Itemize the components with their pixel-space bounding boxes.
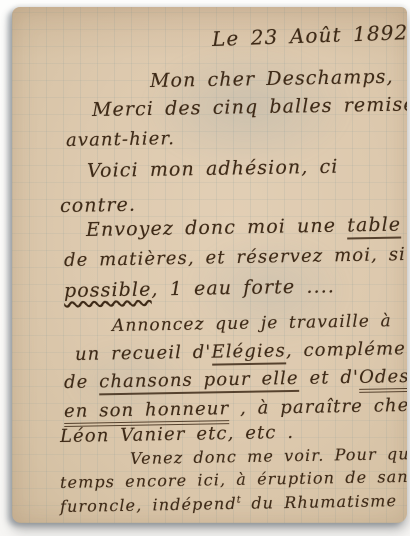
letter-text: , à paraître chez [229,395,407,419]
letter-line: de chansons pour elle et d'Odes [64,366,407,393]
letter-line: Annoncez que je travaille à [112,311,392,336]
letter-text: et d' [299,367,360,389]
letter-text: Envoyez donc moi une [86,214,348,241]
letter-date: Le 23 Août 1892 [212,20,407,51]
letter-text: Venez donc me voir. Pour quelque [130,443,407,468]
letter-line: temps encore ici, à éruption de sang [60,467,407,492]
letter-text: avant-hier. [66,128,175,151]
letter-page: Le 23 Août 1892Mon cher Deschamps,Merci … [12,7,407,523]
underlined-text: Elégies [211,340,286,365]
letter-line: Merci des cinq balles remises [92,93,407,121]
letter-text: temps encore ici, à éruption de sang [60,467,407,492]
letter-text: du Rhumatisme [241,491,397,513]
letter-line: contre. [60,194,136,217]
letter-line: un recueil d'Elégies, compléments [75,338,407,365]
letter-text: contre. [60,194,136,217]
letter-line: de matières, et réservez moi, si [64,244,406,271]
letter-line: avant-hier. [66,128,175,151]
letter-line: possible, 1 eau forte .... [64,275,335,302]
letter-text: , compléments [286,338,407,362]
underlined-text: chansons pour elle [99,368,299,395]
letter-text: Merci des cinq balles remises [92,93,407,121]
underlined-text: possible [64,278,152,302]
letter-line: furoncle, indépendt du Rhumatisme [60,491,397,516]
letter-text: de matières, et réservez moi, si [64,244,406,271]
photo-background: Le 23 Août 1892Mon cher Deschamps,Merci … [0,0,410,536]
letter-text: furoncle, indépend [60,494,237,516]
letter-line: Léon Vanier etc, etc . [60,422,295,447]
letter-line: Voici mon adhésion, ci [87,156,339,182]
letter-line: en son honneur , à paraître chez [64,395,407,422]
letter-text: Le 23 Août 1892 [212,20,407,51]
letter-line: Envoyez donc moi une table [86,214,402,241]
letter-text: Voici mon adhésion, ci [87,156,339,182]
letter-text: un recueil d' [75,342,212,365]
letter-text: Annoncez que je travaille à [112,311,392,336]
letter-text: de [64,371,100,393]
letter-text: Mon cher Deschamps, [150,66,394,92]
letter-salutation: Mon cher Deschamps, [150,66,394,92]
underlined-text: Odes [359,366,407,393]
letter-text: , 1 eau forte .... [151,275,335,300]
underlined-text: table [347,214,401,240]
letter-line: Venez donc me voir. Pour quelque [130,443,407,468]
letter-text: Léon Vanier etc, etc . [60,422,295,447]
